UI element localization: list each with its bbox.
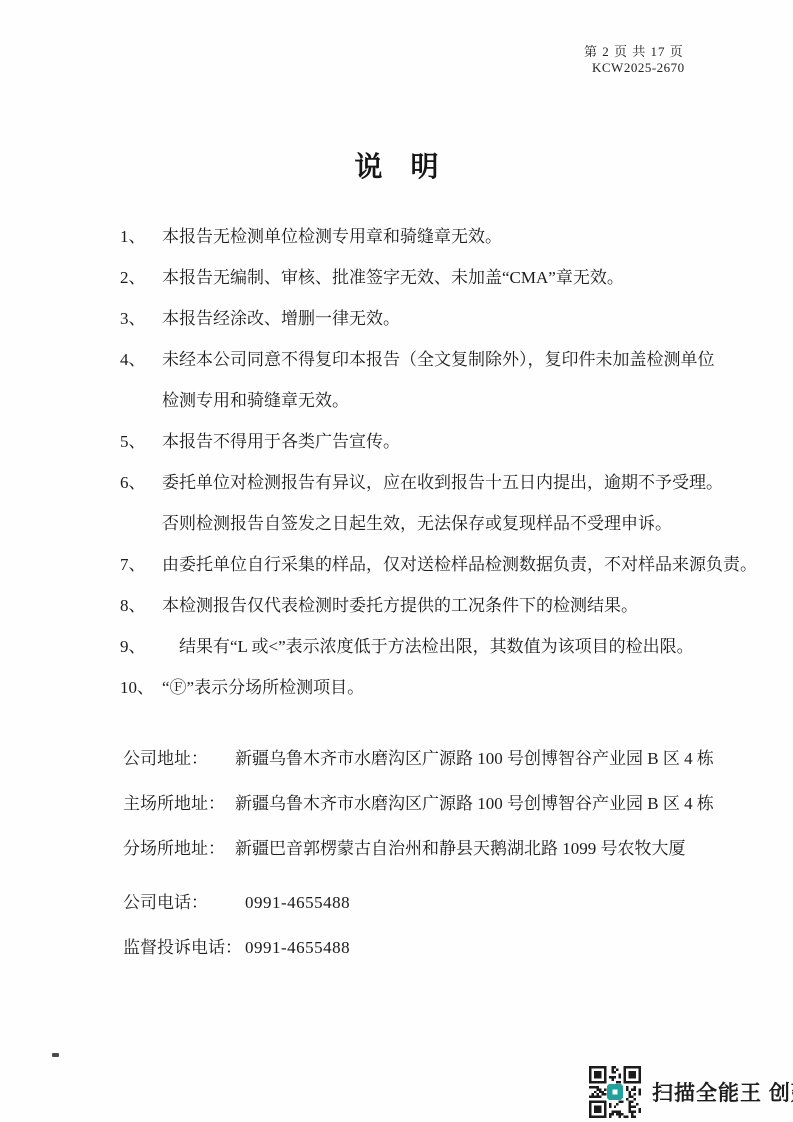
note-number: 7、	[120, 544, 162, 585]
note-text-line2: 检测专用和骑缝章无效。	[162, 380, 752, 421]
note-number: 8、	[120, 585, 162, 626]
main-site-address-value: 新疆乌鲁木齐市水磨沟区广源路 100 号创博智谷产业园 B 区 4 栋	[235, 794, 714, 813]
page-header-meta: 第 2 页 共 17 页 KCW2025-2670	[584, 44, 685, 76]
note-text: 未经本公司同意不得复印本报告（全文复制除外），复印件未加盖检测单位	[162, 339, 752, 380]
note-number: 3、	[120, 298, 162, 339]
scanner-app-label: 扫描全能王 创建	[652, 1077, 793, 1107]
note-text: 由委托单位自行采集的样品，仅对送检样品检测数据负责，不对样品来源负责。	[162, 544, 757, 585]
note-number: 6、	[120, 462, 162, 544]
qr-code-icon	[589, 1066, 641, 1118]
complaint-phone-label: 监督投诉电话：	[123, 925, 245, 970]
report-notes-page: 第 2 页 共 17 页 KCW2025-2670 说 明 1、 本报告无检测单…	[0, 0, 793, 1122]
phone-rows: 公司电话：0991-4655488 监督投诉电话：0991-4655488	[123, 880, 714, 970]
company-address-row: 公司地址：新疆乌鲁木齐市水磨沟区广源路 100 号创博智谷产业园 B 区 4 栋	[123, 736, 714, 781]
page-title: 说 明	[0, 148, 793, 188]
note-item-3: 3、 本报告经涂改、增删一律无效。	[120, 298, 752, 339]
complaint-phone-row: 监督投诉电话：0991-4655488	[123, 925, 714, 970]
note-item-2: 2、 本报告无编制、审核、批准签字无效、未加盖“CMA”章无效。	[120, 257, 752, 298]
note-item-5: 5、 本报告不得用于各类广告宣传。	[120, 421, 752, 462]
note-item-8: 8、 本检测报告仅代表检测时委托方提供的工况条件下的检测结果。	[120, 585, 752, 626]
contact-block: 公司地址：新疆乌鲁木齐市水磨沟区广源路 100 号创博智谷产业园 B 区 4 栋…	[123, 736, 714, 970]
note-text: 本检测报告仅代表检测时委托方提供的工况条件下的检测结果。	[162, 585, 752, 626]
branch-site-address-row: 分场所地址：新疆巴音郭楞蒙古自治州和静县天鹅湖北路 1099 号农牧大厦	[123, 826, 714, 871]
note-text-line2: 否则检测报告自签发之日起生效，无法保存或复现样品不受理申诉。	[162, 503, 752, 544]
note-number: 9、	[120, 626, 162, 667]
company-phone-label: 公司电话：	[123, 880, 245, 925]
note-text: 委托单位对检测报告有异议，应在收到报告十五日内提出，逾期不予受理。	[162, 462, 752, 503]
company-phone-value: 0991-4655488	[245, 893, 350, 912]
report-number: KCW2025-2670	[592, 60, 685, 76]
note-number: 4、	[120, 339, 162, 421]
branch-site-address-value: 新疆巴音郭楞蒙古自治州和静县天鹅湖北路 1099 号农牧大厦	[235, 839, 686, 858]
company-phone-row: 公司电话：0991-4655488	[123, 880, 714, 925]
note-number: 5、	[120, 421, 162, 462]
main-site-address-label: 主场所地址：	[123, 781, 235, 826]
note-item-1: 1、 本报告无检测单位检测专用章和骑缝章无效。	[120, 216, 752, 257]
note-item-4: 4、 未经本公司同意不得复印本报告（全文复制除外），复印件未加盖检测单位 检测专…	[120, 339, 752, 421]
note-text: 本报告不得用于各类广告宣传。	[162, 421, 752, 462]
scanner-watermark: 扫描全能王 创建	[589, 1066, 793, 1118]
company-address-value: 新疆乌鲁木齐市水磨沟区广源路 100 号创博智谷产业园 B 区 4 栋	[235, 749, 714, 768]
note-text: “Ⓕ”表示分场所检测项目。	[162, 667, 752, 708]
note-item-6: 6、 委托单位对检测报告有异议，应在收到报告十五日内提出，逾期不予受理。 否则检…	[120, 462, 752, 544]
note-number: 1、	[120, 216, 162, 257]
page-number-text: 第 2 页 共 17 页	[584, 44, 685, 60]
note-number: 2、	[120, 257, 162, 298]
note-item-10: 10、 “Ⓕ”表示分场所检测项目。	[120, 667, 752, 708]
notes-list: 1、 本报告无检测单位检测专用章和骑缝章无效。 2、 本报告无编制、审核、批准签…	[120, 216, 752, 708]
note-item-7: 7、 由委托单位自行采集的样品，仅对送检样品检测数据负责，不对样品来源负责。	[120, 544, 752, 585]
main-site-address-row: 主场所地址：新疆乌鲁木齐市水磨沟区广源路 100 号创博智谷产业园 B 区 4 …	[123, 781, 714, 826]
note-number: 10、	[120, 667, 162, 708]
branch-site-address-label: 分场所地址：	[123, 826, 235, 871]
complaint-phone-value: 0991-4655488	[245, 938, 350, 957]
company-address-label: 公司地址：	[123, 736, 235, 781]
scan-artifact-mark	[52, 1053, 59, 1057]
note-text: 结果有“L 或<”表示浓度低于方法检出限，其数值为该项目的检出限。	[162, 626, 752, 667]
note-text: 本报告经涂改、增删一律无效。	[162, 298, 752, 339]
note-text: 本报告无编制、审核、批准签字无效、未加盖“CMA”章无效。	[162, 257, 752, 298]
note-item-9: 9、 结果有“L 或<”表示浓度低于方法检出限，其数值为该项目的检出限。	[120, 626, 752, 667]
note-text: 本报告无检测单位检测专用章和骑缝章无效。	[162, 216, 752, 257]
